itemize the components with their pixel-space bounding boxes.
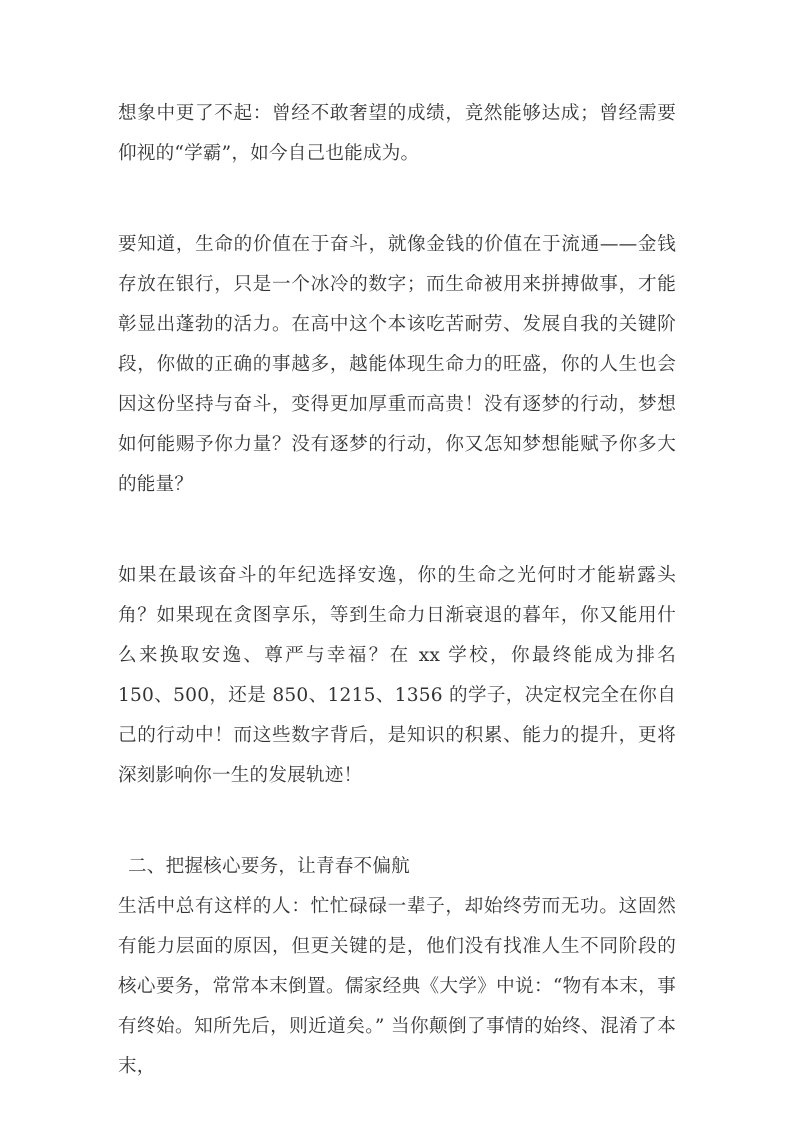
document-page: 想象中更了不起：曾经不敢奢望的成绩，竟然能够达成；曾经需要仰视的“学霸”，如今自… (0, 0, 793, 1122)
section-heading: 二、把握核心要务，让青春不偏航 (118, 847, 676, 887)
body-paragraph-3: 如果在最该奋斗的年纪选择安逸，你的生命之光何时才能崭露头角？如果现在贪图享乐，等… (118, 556, 676, 796)
body-paragraph-1: 想象中更了不起：曾经不敢奢望的成绩，竟然能够达成；曾经需要仰视的“学霸”，如今自… (118, 94, 676, 174)
body-paragraph-4: 生活中总有这样的人：忙忙碌碌一辈子，却始终劳而无功。这固然有能力层面的原因，但更… (118, 887, 676, 1087)
body-paragraph-2: 要知道，生命的价值在于奋斗，就像金钱的价值在于流通——金钱存放在银行，只是一个冰… (118, 225, 676, 505)
